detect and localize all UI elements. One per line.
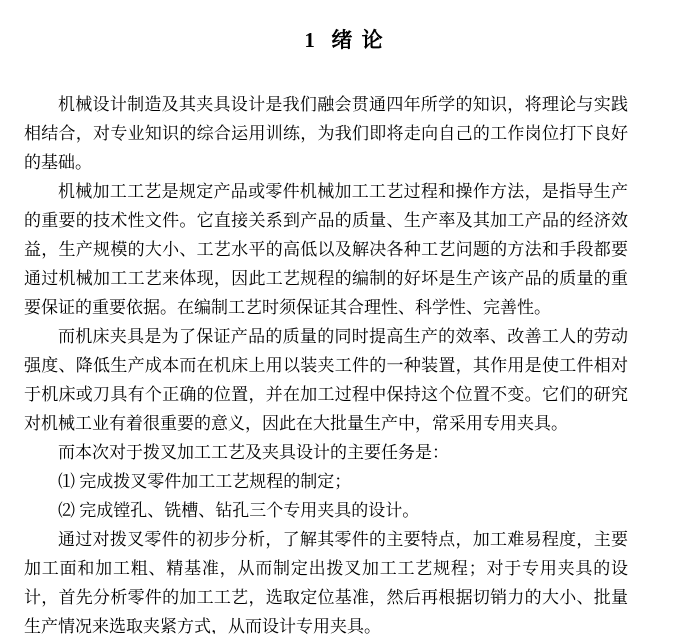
paragraph-intro: 机械设计制造及其夹具设计是我们融会贯通四年所学的知识，将理论与实践相结合，对专业… bbox=[24, 90, 628, 177]
paragraph-main-tasks-lead-in: 而本次对于拨叉加工工艺及夹具设计的主要任务是： bbox=[24, 438, 628, 467]
chapter-title: 1 绪 论 bbox=[0, 24, 689, 54]
paragraph-machining-process: 机械加工工艺是规定产品或零件机械加工工艺过程和操作方法，是指导生产的重要的技术性… bbox=[24, 177, 628, 322]
document-page: 1 绪 论 机械设计制造及其夹具设计是我们融会贯通四年所学的知识，将理论与实践相… bbox=[0, 0, 689, 634]
document-body: 机械设计制造及其夹具设计是我们融会贯通四年所学的知识，将理论与实践相结合，对专业… bbox=[24, 90, 628, 634]
paragraph-closing: 通过对拨叉零件的初步分析，了解其零件的主要特点，加工难易程度，主要加工面和加工粗… bbox=[24, 525, 628, 634]
task-item-2: ⑵ 完成镗孔、铣槽、钻孔三个专用夹具的设计。 bbox=[24, 496, 628, 525]
paragraph-machine-fixture: 而机床夹具是为了保证产品的质量的同时提高生产的效率、改善工人的劳动强度、降低生产… bbox=[24, 322, 628, 438]
task-item-1: ⑴ 完成拨叉零件加工工艺规程的制定； bbox=[24, 467, 628, 496]
